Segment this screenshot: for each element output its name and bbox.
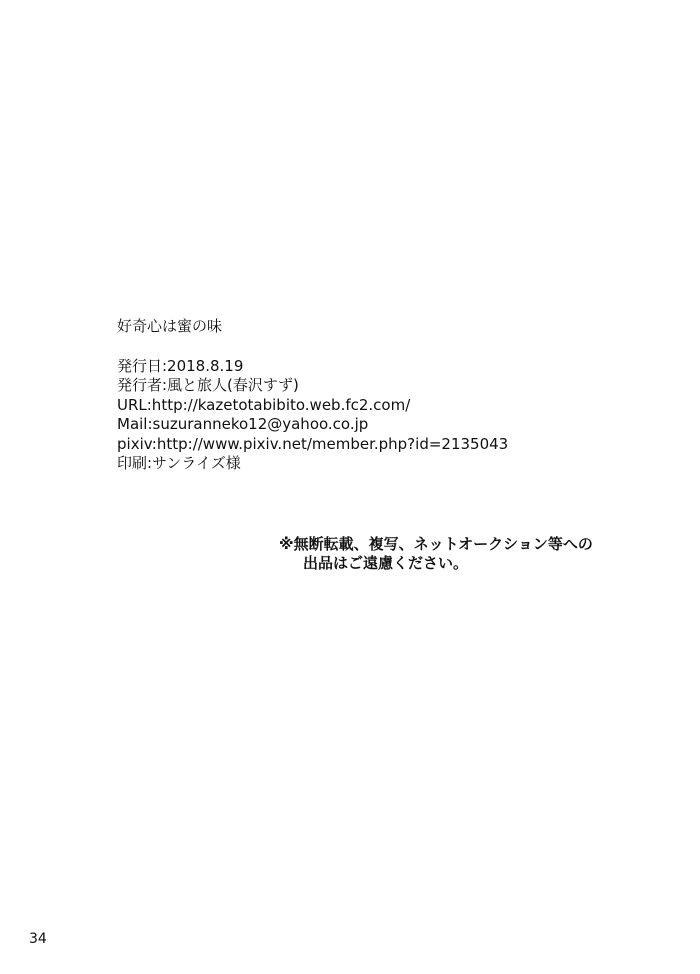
pixiv-url: pixiv:http://www.pixiv.net/member.php?id… bbox=[117, 435, 508, 455]
book-title: 好奇心は蜜の味 bbox=[117, 317, 508, 337]
colophon: 好奇心は蜜の味 発行日:2018.8.19 発行者:風と旅人(春沢すず) URL… bbox=[117, 317, 508, 474]
copyright-notice: ※無断転載、複写、ネットオークション等への 出品はご遠慮ください。 bbox=[279, 535, 593, 573]
publish-date: 発行日:2018.8.19 bbox=[117, 357, 508, 377]
printer: 印刷:サンライズ様 bbox=[117, 454, 508, 474]
page-number: 34 bbox=[29, 931, 47, 947]
website-url: URL:http://kazetotabibito.web.fc2.com/ bbox=[117, 396, 508, 416]
publisher: 発行者:風と旅人(春沢すず) bbox=[117, 376, 508, 396]
notice-line-1: ※無断転載、複写、ネットオークション等への bbox=[279, 535, 593, 554]
notice-line-2: 出品はご遠慮ください。 bbox=[279, 554, 593, 573]
email: Mail:suzuranneko12@yahoo.co.jp bbox=[117, 415, 508, 435]
